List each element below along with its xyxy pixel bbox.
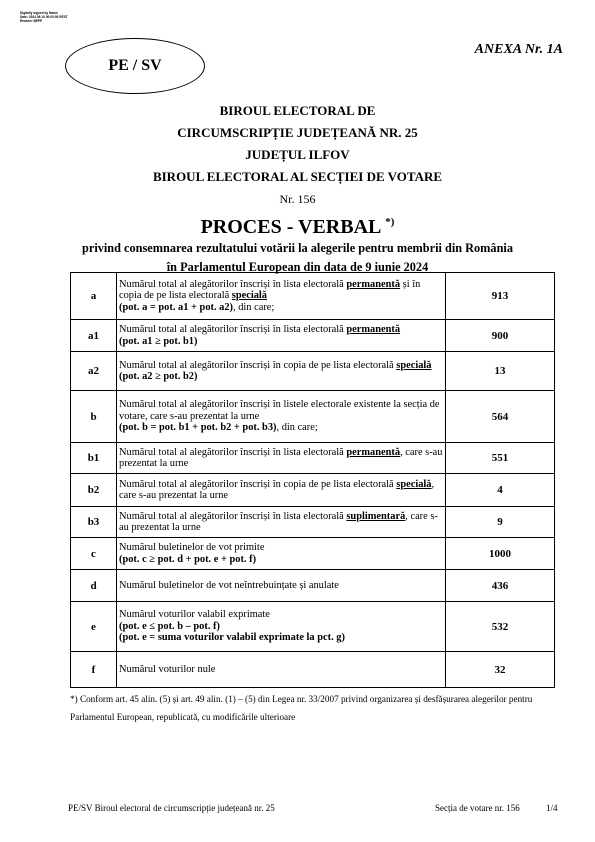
desc-bold1: specială: [396, 360, 431, 371]
row-code: a1: [71, 320, 117, 352]
footer-left: PE/SV Biroul electoral de circumscripție…: [68, 803, 275, 813]
row-value: 564: [446, 391, 555, 443]
row-description: Numărul buletinelor de vot primite(pot. …: [117, 538, 446, 570]
desc-tail: , din care;: [233, 302, 274, 313]
row-value: 913: [446, 273, 555, 320]
desc-bold1: suplimentară: [346, 511, 405, 522]
desc-formula1: (pot. a1 ≥ pot. b1): [119, 336, 197, 347]
digital-signature: Digitally signed by Name Date: 2024.06.1…: [20, 11, 68, 23]
table-row: a2Numărul total al alegătorilor înscriși…: [71, 352, 555, 391]
desc-formula1: (pot. e ≤ pot. b – pot. f): [119, 621, 220, 632]
desc-text1: Numărul buletinelor de vot neîntrebuința…: [119, 580, 339, 591]
header-line-4: BIROUL ELECTORAL AL SECȚIEI DE VOTARE: [0, 166, 595, 188]
row-description: Numărul total al alegătorilor înscriși î…: [117, 273, 446, 320]
row-value: 532: [446, 602, 555, 652]
desc-bold1: permanentă: [346, 279, 400, 290]
annex-label: ANEXA Nr. 1A: [475, 42, 563, 58]
table-row: aNumărul total al alegătorilor înscriși …: [71, 273, 555, 320]
desc-bold1: specială: [396, 479, 431, 490]
table-row: bNumărul total al alegătorilor înscriși …: [71, 391, 555, 443]
header-line-3: JUDEȚUL ILFOV: [0, 144, 595, 166]
desc-formula2: (pot. e = suma voturilor valabil exprima…: [119, 632, 345, 643]
row-description: Numărul total al alegătorilor înscriși î…: [117, 352, 446, 391]
desc-text1: Numărul total al alegătorilor înscriși î…: [119, 360, 396, 371]
table-row: eNumărul voturilor valabil exprimate(pot…: [71, 602, 555, 652]
desc-formula1: (pot. b = pot. b1 + pot. b2 + pot. b3): [119, 422, 277, 433]
desc-text1: Numărul total al alegătorilor înscriși î…: [119, 324, 346, 335]
desc-formula1: (pot. a = pot. a1 + pot. a2): [119, 302, 233, 313]
row-description: Numărul total al alegătorilor înscriși î…: [117, 391, 446, 443]
table-row: b2Numărul total al alegătorilor înscriși…: [71, 474, 555, 507]
subtitle-line-1: privind consemnarea rezultatului votării…: [0, 239, 595, 258]
desc-bold1: permanentă: [346, 447, 400, 458]
page-number: 1/4: [546, 803, 558, 813]
row-code: b1: [71, 443, 117, 474]
desc-text1: Numărul voturilor valabil exprimate: [119, 609, 270, 620]
row-value: 13: [446, 352, 555, 391]
title-text: PROCES - VERBAL: [201, 216, 381, 238]
footnote-mark: *): [385, 216, 394, 228]
header-line-1: BIROUL ELECTORAL DE: [0, 100, 595, 122]
desc-text1: Numărul total al alegătorilor înscriși î…: [119, 511, 346, 522]
desc-bold2: specială: [232, 290, 267, 301]
row-value: 551: [446, 443, 555, 474]
desc-bold1: permanentă: [346, 324, 400, 335]
table-row: fNumărul voturilor nule32: [71, 652, 555, 688]
results-table: aNumărul total al alegătorilor înscriși …: [70, 272, 555, 688]
footnote: *) Conform art. 45 alin. (5) și art. 49 …: [70, 690, 560, 726]
row-value: 9: [446, 507, 555, 538]
header-line-2: CIRCUMSCRIPȚIE JUDEȚEANĂ NR. 25: [0, 122, 595, 144]
table-row: b3Numărul total al alegătorilor înscriși…: [71, 507, 555, 538]
document-type-badge: PE / SV: [65, 38, 205, 94]
table-row: cNumărul buletinelor de vot primite(pot.…: [71, 538, 555, 570]
section-number: Nr. 156: [0, 188, 595, 210]
desc-text1: Numărul total al alegătorilor înscriși î…: [119, 399, 440, 422]
table-row: a1Numărul total al alegătorilor înscriși…: [71, 320, 555, 352]
row-code: a2: [71, 352, 117, 391]
table-row: dNumărul buletinelor de vot neîntrebuinț…: [71, 570, 555, 602]
row-code: b2: [71, 474, 117, 507]
desc-text1: Numărul total al alegătorilor înscriși î…: [119, 279, 346, 290]
document-header: BIROUL ELECTORAL DE CIRCUMSCRIPȚIE JUDEȚ…: [0, 100, 595, 277]
row-description: Numărul voturilor nule: [117, 652, 446, 688]
row-code: a: [71, 273, 117, 320]
row-code: b3: [71, 507, 117, 538]
footer-section: Secția de votare nr. 156: [435, 803, 520, 813]
row-value: 436: [446, 570, 555, 602]
desc-tail: , din care;: [277, 422, 318, 433]
desc-formula1: (pot. c ≥ pot. d + pot. e + pot. f): [119, 554, 256, 565]
row-code: c: [71, 538, 117, 570]
document-title: PROCES - VERBAL *): [0, 210, 595, 239]
row-value: 4: [446, 474, 555, 507]
row-code: f: [71, 652, 117, 688]
row-description: Numărul voturilor valabil exprimate(pot.…: [117, 602, 446, 652]
row-code: d: [71, 570, 117, 602]
desc-text1: Numărul total al alegătorilor înscriși î…: [119, 447, 346, 458]
row-description: Numărul total al alegătorilor înscriși î…: [117, 320, 446, 352]
row-code: b: [71, 391, 117, 443]
row-value: 900: [446, 320, 555, 352]
table-row: b1Numărul total al alegătorilor înscriși…: [71, 443, 555, 474]
row-value: 32: [446, 652, 555, 688]
row-description: Numărul total al alegătorilor înscriși î…: [117, 474, 446, 507]
desc-text1: Numărul buletinelor de vot primite: [119, 542, 264, 553]
desc-text1: Numărul voturilor nule: [119, 664, 215, 675]
desc-formula1: (pot. a2 ≥ pot. b2): [119, 371, 197, 382]
signature-line-3: Reason: BEPP: [20, 19, 68, 23]
row-code: e: [71, 602, 117, 652]
desc-text1: Numărul total al alegătorilor înscriși î…: [119, 479, 396, 490]
badge-label: PE / SV: [108, 57, 161, 75]
row-description: Numărul buletinelor de vot neîntrebuința…: [117, 570, 446, 602]
row-value: 1000: [446, 538, 555, 570]
row-description: Numărul total al alegătorilor înscriși î…: [117, 443, 446, 474]
row-description: Numărul total al alegătorilor înscriși î…: [117, 507, 446, 538]
